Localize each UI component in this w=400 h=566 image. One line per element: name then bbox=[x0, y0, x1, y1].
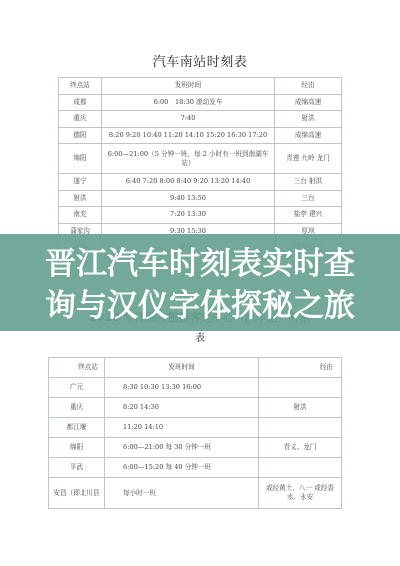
via-cell: 或经黄土、八一 或经香水、永安 bbox=[259, 478, 342, 509]
via-cell: 射洪 bbox=[275, 111, 342, 128]
times-cell: 每小时一班 bbox=[105, 478, 259, 509]
times-cell: 8:20 9:20 10:40 11:20 14:10 15:20 16:30 … bbox=[102, 127, 275, 144]
times-cell: 6:00—21:00 每 30 分钟一班 bbox=[105, 438, 259, 458]
header-destination: 终点站 bbox=[49, 358, 105, 378]
destination-cell: 绵阳 bbox=[59, 144, 102, 174]
times-cell: 7:20 13:30 bbox=[102, 207, 275, 224]
header-departure-times: 发班时间 bbox=[105, 358, 259, 378]
via-cell: 青莲 九岭 龙门 bbox=[275, 144, 342, 174]
via-cell bbox=[259, 458, 342, 478]
table-row: 绵阳 6:00—21:00（5 分钟一班，每 2 小时有一班到南湖车站） 青莲 … bbox=[59, 144, 342, 174]
banner-headline-line2: 询与汉仪字体探秘之旅 bbox=[0, 286, 400, 326]
times-cell: 7:40 bbox=[102, 111, 275, 128]
via-cell: 射洪 bbox=[259, 398, 342, 418]
via-cell: 三台 射洪 bbox=[275, 174, 342, 191]
table-row: 重庆 7:40 射洪 bbox=[59, 111, 342, 128]
times-cell: 8:20 14:30 bbox=[105, 398, 259, 418]
table-row: 射洪 9:40 13:50 三台 bbox=[59, 190, 342, 207]
header-via: 经由 bbox=[275, 78, 342, 95]
table-row: 成都 6:00 18:30 滚动发车 成绵高速 bbox=[59, 94, 342, 111]
destination-cell: 德阳 bbox=[59, 127, 102, 144]
destination-cell: 绵阳 bbox=[49, 438, 105, 458]
destination-cell: 广元 bbox=[49, 378, 105, 398]
via-cell: 三台 bbox=[275, 190, 342, 207]
times-cell: 6:40 7:20 8:00 8:40 9:20 13:20 14:40 bbox=[102, 174, 275, 191]
destination-cell: 重庆 bbox=[59, 111, 102, 128]
table-row: 德阳 8:20 9:20 10:40 11:20 14:10 15:20 16:… bbox=[59, 127, 342, 144]
table-row: 安昌（即北川县 每小时一班 或经黄土、八一 或经香水、永安 bbox=[49, 478, 342, 509]
destination-cell: 都江堰 bbox=[49, 418, 105, 438]
via-cell: 成绵高速 bbox=[275, 94, 342, 111]
times-cell: 6:00—21:00（5 分钟一班，每 2 小时有一班到南湖车站） bbox=[102, 144, 275, 174]
destination-cell: 射洪 bbox=[59, 190, 102, 207]
table-row: 遂宁 6:40 7:20 8:00 8:40 9:20 13:20 14:40 … bbox=[59, 174, 342, 191]
destination-cell: 遂宁 bbox=[59, 174, 102, 191]
banner-headline-line1: 晋江汽车时刻表实时查 bbox=[0, 244, 400, 284]
times-cell: 11:20 14:10 bbox=[105, 418, 259, 438]
via-cell: 青义、龙门 bbox=[259, 438, 342, 458]
destination-cell: 重庆 bbox=[49, 398, 105, 418]
destination-cell: 安昌（即北川县 bbox=[49, 478, 105, 509]
header-via: 经由 bbox=[259, 358, 342, 378]
times-cell: 9:40 13:50 bbox=[102, 190, 275, 207]
table-header-row: 终点站 发班时间 经由 bbox=[49, 358, 342, 378]
destination-cell: 平武 bbox=[49, 458, 105, 478]
destination-cell: 南充 bbox=[59, 207, 102, 224]
times-cell: 6:00—15:20 每 40 分钟一班 bbox=[105, 458, 259, 478]
via-cell: 成绵高速 bbox=[275, 127, 342, 144]
table-row: 重庆 8:20 14:30 射洪 bbox=[49, 398, 342, 418]
via-cell bbox=[259, 418, 342, 438]
times-cell: 6:00 18:30 滚动发车 bbox=[102, 94, 275, 111]
table-row: 都江堰 11:20 14:10 bbox=[49, 418, 342, 438]
via-cell: 盐亭 建兴 bbox=[275, 207, 342, 224]
table-row: 绵阳 6:00—21:00 每 30 分钟一班 青义、龙门 bbox=[49, 438, 342, 458]
timetable-title-jiangyou-cont: 表 bbox=[0, 329, 400, 344]
destination-cell: 成都 bbox=[59, 94, 102, 111]
table-row: 南充 7:20 13:30 盐亭 建兴 bbox=[59, 207, 342, 224]
timetable-title-south-station: 汽车南站时刻表 bbox=[0, 51, 400, 70]
table-row: 平武 6:00—15:20 每 40 分钟一班 bbox=[49, 458, 342, 478]
times-cell: 8:30 10:30 13:30 16:00 bbox=[105, 378, 259, 398]
header-destination: 终点站 bbox=[59, 78, 102, 95]
jiangyou-timetable: 终点站 发班时间 经由 广元 8:30 10:30 13:30 16:00 重庆… bbox=[48, 357, 342, 509]
table-header-row: 终点站 发班时间 经由 bbox=[59, 78, 342, 95]
via-cell bbox=[259, 378, 342, 398]
table-row: 广元 8:30 10:30 13:30 16:00 bbox=[49, 378, 342, 398]
header-departure-times: 发班时间 bbox=[102, 78, 275, 95]
